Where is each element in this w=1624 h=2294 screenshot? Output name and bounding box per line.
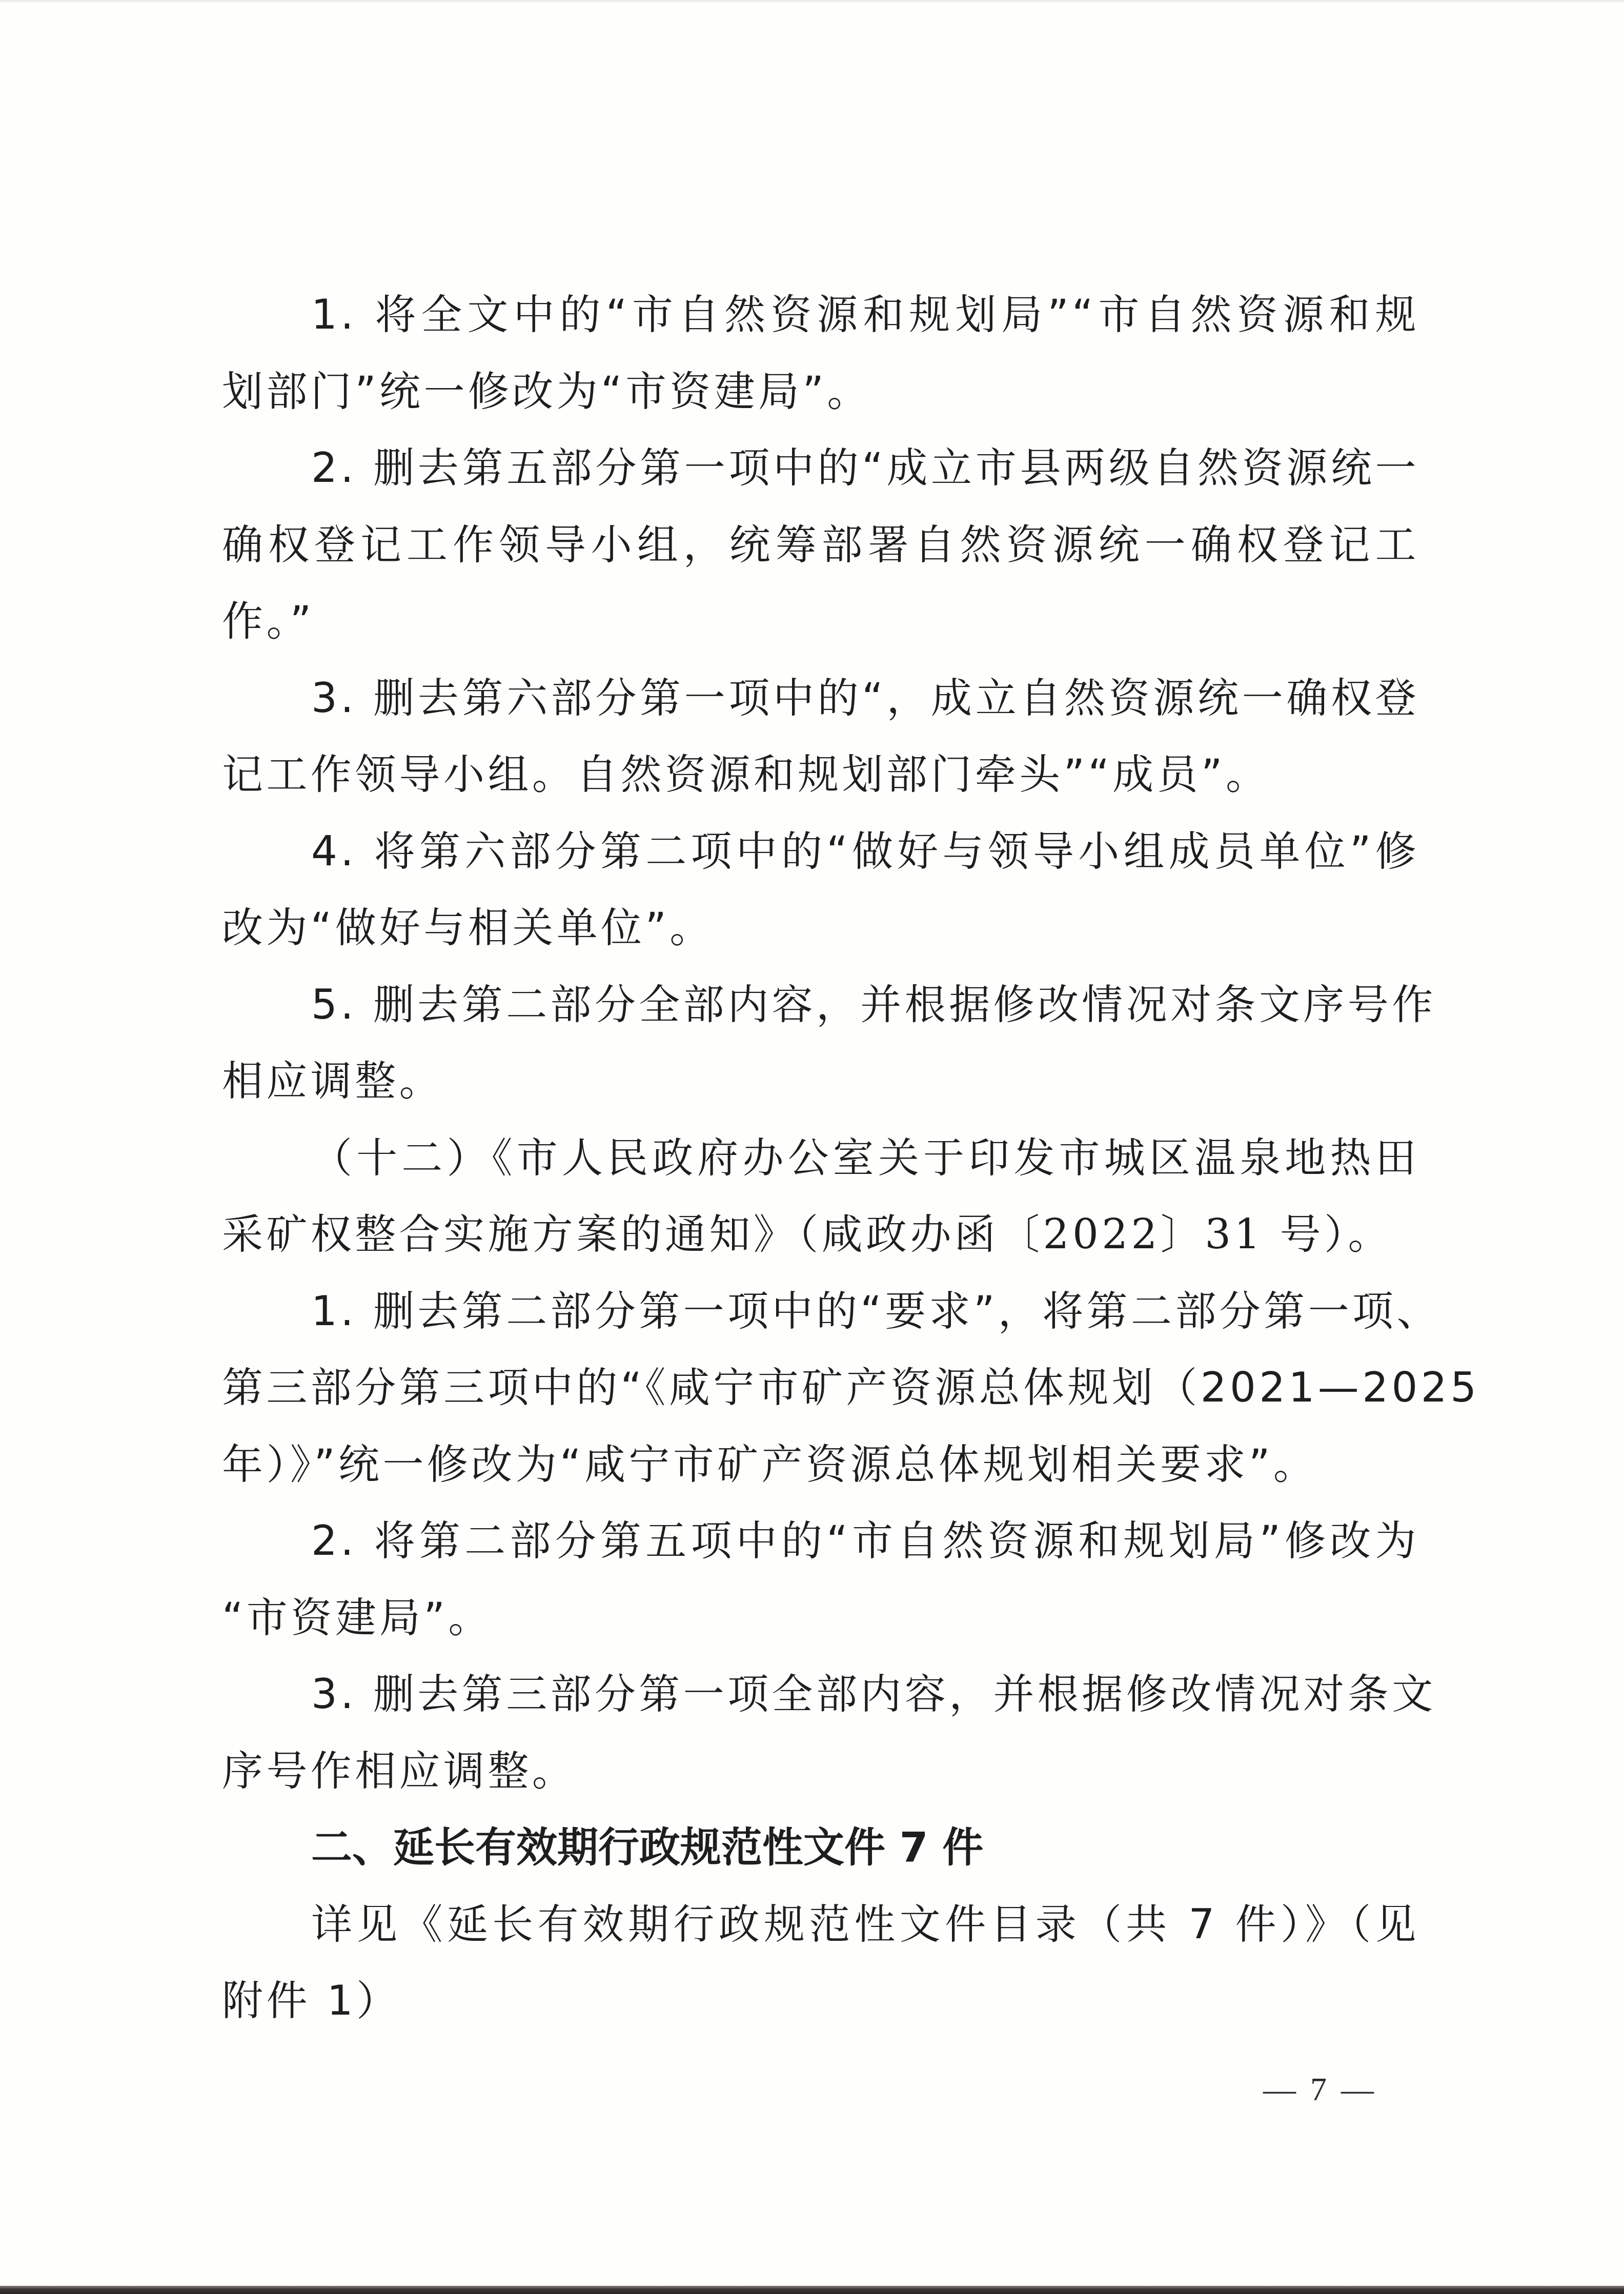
scan-top-edge [0,0,1624,3]
text-line: 作。” [222,583,1419,660]
text-line: 确权登记工作领导小组，统筹部署自然资源统一确权登记工 [222,506,1419,583]
text-line: 1. 将全文中的“市自然资源和规划局”“市自然资源和规 [222,276,1419,353]
amendment-item-12-2: 2. 将第二部分第五项中的“市自然资源和规划局”修改为 “市资建局”。 [222,1503,1419,1656]
amendment-item-1: 1. 将全文中的“市自然资源和规划局”“市自然资源和规 划部门”统一修改为“市资… [222,276,1419,430]
text-line: 附件 1） [222,1962,1419,2039]
amendment-item-4: 4. 将第六部分第二项中的“做好与领导小组成员单位”修 改为“做好与相关单位”。 [222,813,1419,966]
text-line: 2. 删去第五部分第一项中的“成立市县两级自然资源统一 [222,430,1419,506]
amendment-item-5: 5. 删去第二部分全部内容，并根据修改情况对条文序号作 相应调整。 [222,966,1419,1120]
amendment-item-12-3: 3. 删去第三部分第一项全部内容，并根据修改情况对条文 序号作相应调整。 [222,1656,1419,1809]
subheading-line: （十二）《市人民政府办公室关于印发市城区温泉地热田 [222,1120,1419,1196]
text-line: 改为“做好与相关单位”。 [222,889,1419,966]
amendment-item-2: 2. 删去第五部分第一项中的“成立市县两级自然资源统一 确权登记工作领导小组，统… [222,430,1419,660]
subheading-section-12: （十二）《市人民政府办公室关于印发市城区温泉地热田 采矿权整合实施方案的通知》（… [222,1120,1419,1273]
amendment-item-3: 3. 删去第六部分第一项中的“，成立自然资源统一确权登 记工作领导小组。自然资源… [222,660,1419,813]
subheading-line: 采矿权整合实施方案的通知》（咸政办函〔2022〕31 号）。 [222,1196,1419,1273]
page-number: — 7 — [1246,2069,1394,2110]
attachment-reference: 详见《延长有效期行政规范性文件目录（共 7 件）》（见 附件 1） [222,1886,1419,2039]
text-line: 1. 删去第二部分第一项中的“要求”，将第二部分第一项、 [222,1273,1419,1350]
text-line: 划部门”统一修改为“市资建局”。 [222,353,1419,430]
text-line: 3. 删去第六部分第一项中的“，成立自然资源统一确权登 [222,660,1419,737]
text-line: 相应调整。 [222,1043,1419,1120]
text-line: 年）》”统一修改为“咸宁市矿产资源总体规划相关要求”。 [222,1426,1419,1503]
scan-bottom-edge [0,2286,1624,2294]
text-line: 记工作领导小组。自然资源和规划部门牵头”“成员”。 [222,736,1419,813]
text-line: 序号作相应调整。 [222,1733,1419,1810]
amendment-item-12-1: 1. 删去第二部分第一项中的“要求”，将第二部分第一项、 第三部分第三项中的“《… [222,1273,1419,1503]
section-heading-extend-validity: 二、延长有效期行政规范性文件 7 件 [222,1809,1419,1886]
text-line: “市资建局”。 [222,1579,1419,1656]
document-page: 1. 将全文中的“市自然资源和规划局”“市自然资源和规 划部门”统一修改为“市资… [0,0,1624,2294]
text-line: 3. 删去第三部分第一项全部内容，并根据修改情况对条文 [222,1656,1419,1733]
text-line: 详见《延长有效期行政规范性文件目录（共 7 件）》（见 [222,1886,1419,1963]
heading-line: 二、延长有效期行政规范性文件 7 件 [222,1809,1419,1886]
text-line: 2. 将第二部分第五项中的“市自然资源和规划局”修改为 [222,1503,1419,1579]
text-line: 第三部分第三项中的“《咸宁市矿产资源总体规划（2021—2025 [222,1349,1419,1426]
text-line: 5. 删去第二部分全部内容，并根据修改情况对条文序号作 [222,966,1419,1043]
text-line: 4. 将第六部分第二项中的“做好与领导小组成员单位”修 [222,813,1419,890]
document-body: 1. 将全文中的“市自然资源和规划局”“市自然资源和规 划部门”统一修改为“市资… [222,276,1419,2039]
